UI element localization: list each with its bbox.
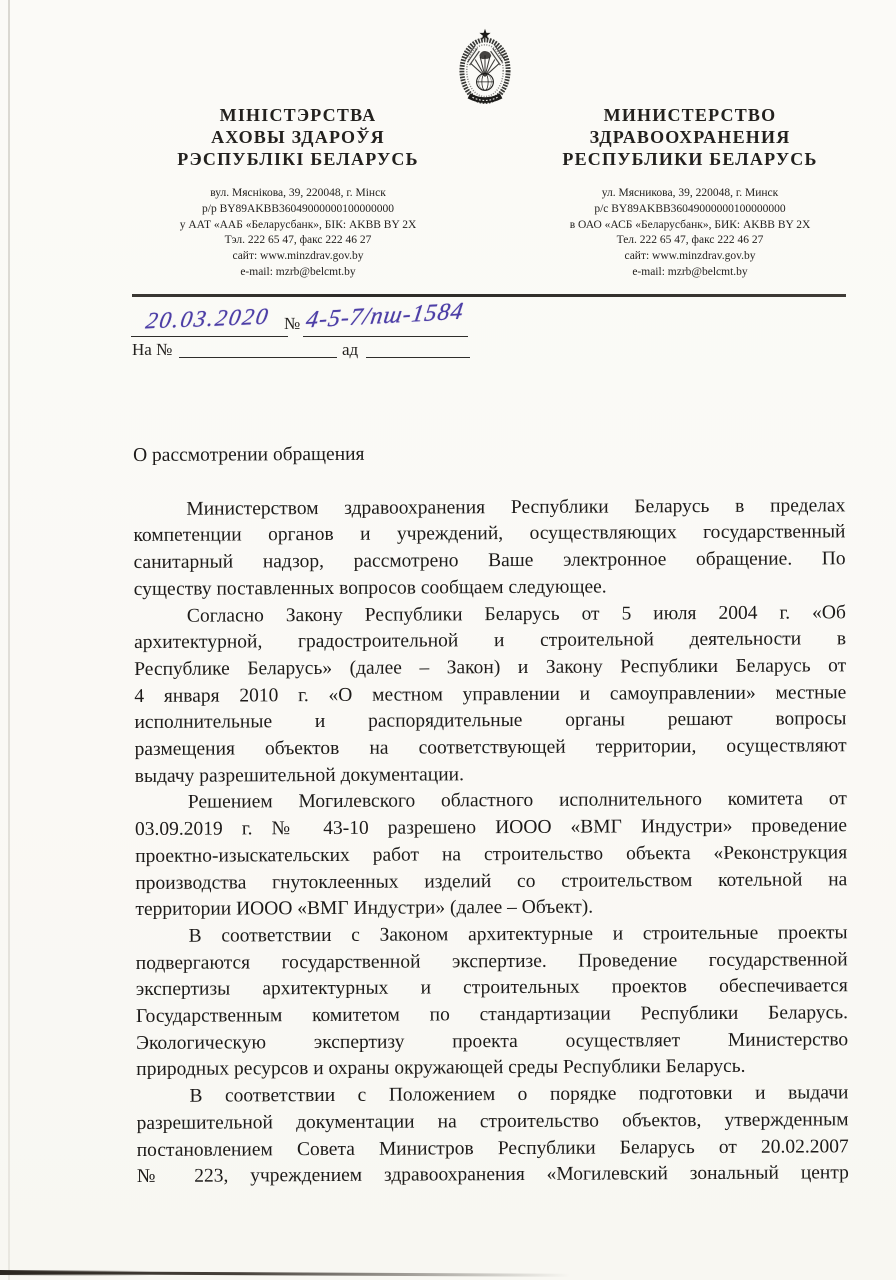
title-line: ЗДРАВООХРАНЕНИЯ [534, 126, 846, 148]
address-line: Тэл. 222 65 47, факс 222 46 27 [140, 233, 456, 249]
paragraph: Согласно Закону Республики Беларусь от 5… [134, 600, 847, 791]
address-line: р/р BY89AKBB36049000000100000000 [140, 202, 456, 218]
date-blank-line [131, 335, 288, 337]
body-line: В соответствии с Законом архитектурные и… [136, 920, 848, 950]
paragraph: Министерством здравоохранения Республики… [133, 493, 846, 604]
address-line: сайт: www.minzdrav.gov.by [534, 249, 846, 265]
letter-body: О рассмотрении обращения Министерством з… [133, 439, 849, 1191]
title-line: МІНІСТЭРСТВА [140, 104, 456, 126]
on-number-label: На № [132, 340, 172, 360]
body-line: выдачу разрешительной документации. [135, 760, 847, 790]
body-line: 03.09.2019 г. № 43-10 разрешено ИООО «ВМ… [135, 813, 847, 843]
body-line: архитектурной, градостроительной и строи… [134, 626, 846, 656]
ministry-address-russian: ул. Мясникова, 39, 220048, г. Минскр/с B… [534, 186, 846, 281]
handwritten-number: 4-5-7/пш-1584 [304, 298, 466, 334]
scan-page-bottom-corner [0, 1270, 150, 1276]
body-line: Республике Беларусь» (далее – Закон) и З… [134, 653, 846, 683]
on-number-blank-line [179, 356, 337, 358]
address-line: р/с BY89AKBB36049000000100000000 [534, 202, 846, 218]
belarus-coat-of-arms-icon [450, 26, 520, 107]
address-line: в ОАО «АСБ «Беларусбанк», БИК: AKBB BY 2… [534, 218, 846, 234]
title-line: МИНИСТЕРСТВО [534, 104, 846, 126]
body-line: исполнительные и распорядительные органы… [134, 707, 846, 737]
address-line: вул. Мяснікова, 39, 220048, г. Мінск [140, 186, 456, 202]
body-line: компетенции органов и учреждений, осущес… [133, 520, 845, 550]
from-blank-line [366, 356, 470, 358]
address-line: e-mail: mzrb@belcmt.by [140, 265, 456, 281]
body-line: Решением Могилевского областного исполни… [135, 787, 847, 817]
number-blank-line [303, 335, 468, 337]
body-line: № 223, учреждением здравоохранения «Моги… [137, 1161, 849, 1191]
from-label: ад [342, 340, 358, 360]
letter-subject: О рассмотрении обращения [133, 439, 845, 469]
scanned-letter-page: МІНІСТЭРСТВААХОВЫ ЗДАРОЎЯРЭСПУБЛІКІ БЕЛА… [0, 0, 896, 1280]
body-line: санитарный надзор, рассмотрено Ваше элек… [134, 546, 846, 576]
address-line: сайт: www.minzdrav.gov.by [140, 249, 456, 265]
address-line: e-mail: mzrb@belcmt.by [534, 265, 846, 281]
letter-paragraphs: Министерством здравоохранения Республики… [133, 493, 849, 1191]
body-line: Государственным комитетом по стандартиза… [136, 1000, 848, 1030]
body-line: территории ИООО «ВМГ Индустри» (далее – … [135, 894, 847, 924]
body-line: 4 января 2010 г. «О местном управлении и… [134, 680, 846, 710]
paragraph: Решением Могилевского областного исполни… [135, 787, 848, 924]
body-line: природных ресурсов и охраны окружающей с… [136, 1054, 848, 1084]
body-line: Министерством здравоохранения Республики… [133, 493, 845, 523]
body-line: производства гнутоклеенных изделий со ст… [135, 867, 847, 897]
paragraph: В соответствии с Положением о порядке по… [136, 1080, 849, 1191]
body-line: подвергаются государственной экспертизе.… [136, 947, 848, 977]
body-line: В соответствии с Положением о порядке по… [136, 1080, 848, 1110]
handwritten-date: 20.03.2020 [144, 304, 272, 335]
body-line: постановлением Совета Министров Республи… [137, 1134, 849, 1164]
ministry-title-belarusian: МІНІСТЭРСТВААХОВЫ ЗДАРОЎЯРЭСПУБЛІКІ БЕЛА… [140, 104, 456, 170]
body-line: существу поставленных вопросов сообщаем … [134, 573, 846, 603]
body-line: Экологическую экспертизу проекта осущест… [136, 1027, 848, 1057]
address-line: у ААТ «ААБ «Беларусбанк», БІК: AKBB BY 2… [140, 218, 456, 234]
title-line: АХОВЫ ЗДАРОЎЯ [140, 126, 456, 148]
address-line: ул. Мясникова, 39, 220048, г. Минск [534, 186, 846, 202]
ministry-title-russian: МИНИСТЕРСТВОЗДРАВООХРАНЕНИЯРЕСПУБЛИКИ БЕ… [534, 104, 846, 170]
letterhead-divider [132, 294, 846, 297]
body-line: экспертизы архитектурных и строительных … [136, 974, 848, 1004]
title-line: РЭСПУБЛІКІ БЕЛАРУСЬ [140, 148, 456, 170]
body-line: разрешительной документации на строитель… [136, 1107, 848, 1137]
ministry-address-belarusian: вул. Мяснікова, 39, 220048, г. Мінскр/р … [140, 186, 456, 281]
address-line: Тел. 222 65 47, факс 222 46 27 [534, 233, 846, 249]
scan-page-left-edge [8, 0, 10, 1280]
paragraph: В соответствии с Законом архитектурные и… [136, 920, 849, 1084]
body-line: Согласно Закону Республики Беларусь от 5… [134, 600, 846, 630]
body-line: размещения объектов на соответствующей т… [135, 733, 847, 763]
title-line: РЕСПУБЛИКИ БЕЛАРУСЬ [534, 148, 846, 170]
number-sign: № [284, 314, 300, 334]
body-line: проектно-изыскательских работ на строите… [135, 840, 847, 870]
